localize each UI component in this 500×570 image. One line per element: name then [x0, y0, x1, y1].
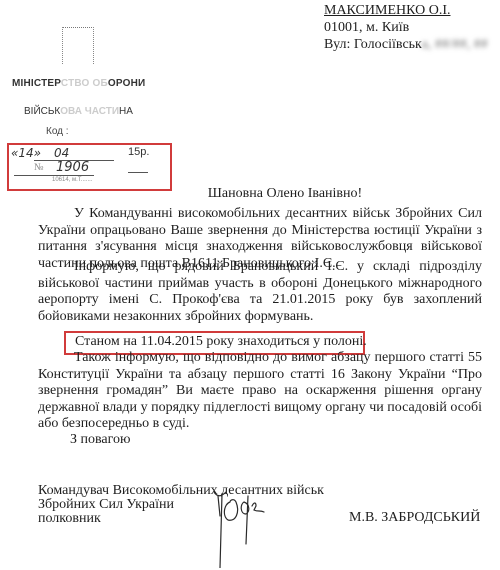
- handwritten-signature-icon: [208, 488, 288, 570]
- registration-year: 15р.: [128, 146, 149, 158]
- recipient-city: 01001, м. Київ: [324, 19, 488, 36]
- paragraph-information: Інформую, що рядовий Брановицький І.Є. у…: [38, 259, 482, 325]
- registration-small-text: 10614, м.Т.......: [52, 177, 92, 183]
- number-underline-right: [128, 172, 148, 173]
- signatory-name: М.В. ЗАБРОДСЬКИЙ: [349, 510, 480, 526]
- number-underline: [14, 175, 94, 176]
- letter-closing: З повагою: [70, 432, 131, 448]
- stamp-code-label: Код :: [46, 126, 69, 137]
- registration-month: 04: [54, 146, 69, 160]
- recipient-name: МАКСИМЕНКО О.І.: [324, 2, 488, 19]
- emblem-placeholder-icon: [62, 27, 94, 64]
- stamp-unit-line: ВІЙСЬКОВА ЧАСТИНА: [24, 106, 133, 117]
- registration-number: 1906: [56, 160, 89, 175]
- recipient-street: Вул: Голосіївська, ##/##, ##: [324, 36, 488, 53]
- registration-day: «14»: [11, 146, 41, 160]
- registration-number-label: №: [34, 162, 44, 173]
- letter-greeting: Шановна Олено Іванівно!: [0, 186, 500, 202]
- captivity-status-text: Станом на 11.04.2015 року знаходиться у …: [75, 334, 367, 350]
- redacted-address: а, ##/##, ##: [422, 37, 488, 52]
- stamp-ministry-line: МІНІСТЕРСТВО ОБОРОНИ: [12, 78, 145, 89]
- recipient-address: МАКСИМЕНКО О.І. 01001, м. Київ Вул: Голо…: [324, 2, 488, 53]
- paragraph-appeal-rights: Також інформую, що відповідно до вимог а…: [38, 350, 482, 433]
